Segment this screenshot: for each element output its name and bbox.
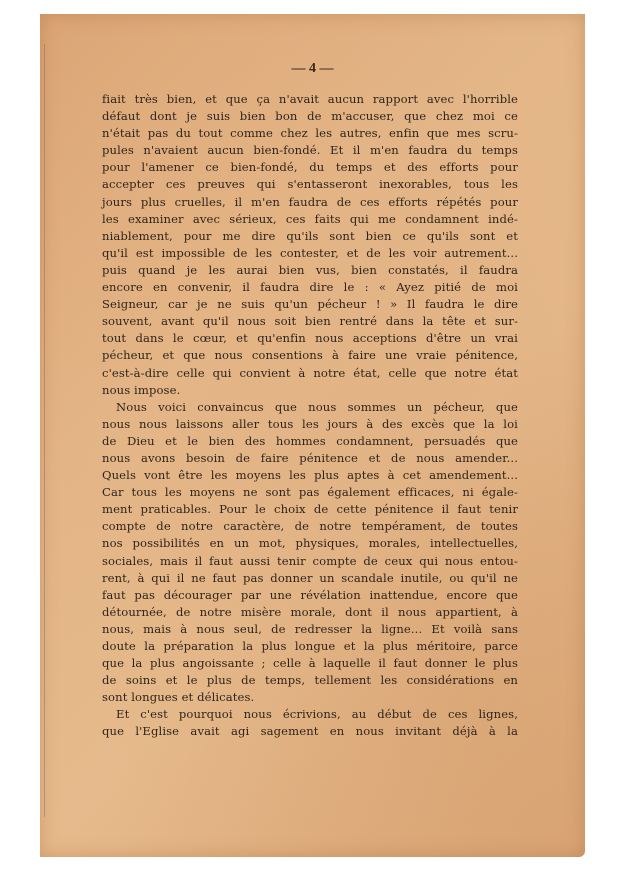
text-line: nous impose. xyxy=(102,382,518,399)
paragraph: Et c'est pourquoi nous écrivions, au déb… xyxy=(102,706,518,740)
paragraph: Nous voici convaincus que nous sommes un… xyxy=(102,399,518,707)
text-line: compte de notre caractère, de notre temp… xyxy=(102,518,518,535)
text-line: Nous voici convaincus que nous sommes un… xyxy=(102,399,518,416)
text-line: nous nous laissons aller tous les jours … xyxy=(102,416,518,433)
text-line: Seigneur, car je ne suis qu'un pécheur !… xyxy=(102,296,518,313)
paragraph: fiait très bien, et que ça n'avait aucun… xyxy=(102,91,518,399)
text-line: accepter ces preuves qui s'entasseront i… xyxy=(102,176,518,193)
text-line: pules n'avaient aucun bien-fondé. Et il … xyxy=(102,142,518,159)
text-line: faut pas décourager par une révélation i… xyxy=(102,587,518,604)
text-line: pour l'amener ce bien-fondé, du temps et… xyxy=(102,159,518,176)
text-line: sociales, mais il faut aussi tenir compt… xyxy=(102,553,518,570)
text-line: Car tous les moyens ne sont pas égalemen… xyxy=(102,484,518,501)
text-line: que l'Eglise avait agi sagement en nous … xyxy=(102,723,518,740)
text-line: pécheur, et que nous consentions à faire… xyxy=(102,347,518,364)
text-line: Quels vont être les moyens les plus apte… xyxy=(102,467,518,484)
text-line: de Dieu et le bien des hommes condamnent… xyxy=(102,433,518,450)
text-line: nous avons besoin de faire pénitence et … xyxy=(102,450,518,467)
text-line: nous, mais à nous seul, de redresser la … xyxy=(102,621,518,638)
text-line: n'était pas du tout comme chez les autre… xyxy=(102,125,518,142)
text-line: c'est-à-dire celle qui convient à notre … xyxy=(102,365,518,382)
text-line: défaut dont je suis bien bon de m'accuse… xyxy=(102,108,518,125)
scanned-page: — 4 — fiait très bien, et que ça n'avait… xyxy=(40,14,585,857)
text-line: que la plus angoissante ; celle à laquel… xyxy=(102,655,518,672)
text-line: jours plus cruelles, il m'en faudra de c… xyxy=(102,194,518,211)
text-line: doute la préparation la plus longue et l… xyxy=(102,638,518,655)
text-line: encore en convenir, il faudra dire le : … xyxy=(102,279,518,296)
text-line: nos possibilités en un mot, physiques, m… xyxy=(102,535,518,552)
text-line: détournée, de notre misère morale, dont … xyxy=(102,604,518,621)
page-number: — 4 — xyxy=(40,61,585,77)
text-line: tout dans le cœur, et qu'enfin nous acce… xyxy=(102,330,518,347)
text-line: de soins et le plus de temps, tellement … xyxy=(102,672,518,689)
text-line: rent, à qui il ne faut pas donner un sca… xyxy=(102,570,518,587)
text-line: ment praticables. Pour le choix de cette… xyxy=(102,501,518,518)
text-line: Et c'est pourquoi nous écrivions, au déb… xyxy=(102,706,518,723)
text-line: qu'il est impossible de les contester, e… xyxy=(102,245,518,262)
text-line: niablement, pour me dire qu'ils sont bie… xyxy=(102,228,518,245)
body-text: fiait très bien, et que ça n'avait aucun… xyxy=(102,91,518,741)
text-line: sont longues et délicates. xyxy=(102,689,518,706)
text-line: fiait très bien, et que ça n'avait aucun… xyxy=(102,91,518,108)
text-line: puis quand je les aurai bien vus, bien c… xyxy=(102,262,518,279)
text-line: souvent, avant qu'il nous soit bien rent… xyxy=(102,313,518,330)
text-line: les examiner avec sérieux, ces faits qui… xyxy=(102,211,518,228)
